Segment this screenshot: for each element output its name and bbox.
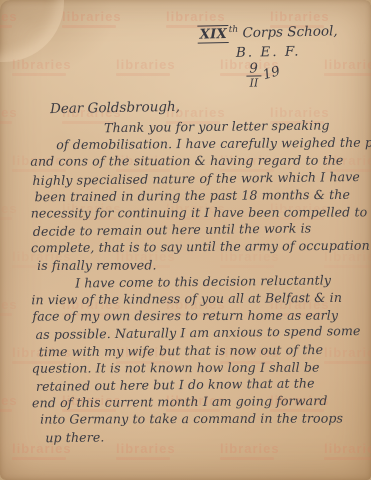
unit-number: XIX <box>197 25 229 44</box>
letter-line: been trained in during the past 18 month… <box>35 187 351 204</box>
letter-line: is finally removed. <box>37 257 157 272</box>
date-fraction: 9 II <box>246 62 261 89</box>
unit-name: Corps School, <box>238 23 338 41</box>
letter-line: and cons of the situation & having regar… <box>30 153 343 169</box>
letter-line: face of my own desires to return home as… <box>32 308 338 324</box>
scanned-letter-page: { "colors": { "paper": "#d8ba96", "ink":… <box>0 0 371 480</box>
date-day: 9 <box>246 62 261 76</box>
letter-line: Thank you for your letter speaking <box>104 117 330 135</box>
letter-line: into Germany to take a command in the tr… <box>40 411 343 427</box>
letter-line: time with my wife but that is now out of… <box>39 342 324 359</box>
letter-line: complete, that is to say until the army … <box>31 238 370 256</box>
unit-line: XIXth Corps School, <box>197 22 357 42</box>
letter-line: end of this current month I am going for… <box>32 393 328 410</box>
date-month: II <box>246 75 261 88</box>
letter-line: up there. <box>45 429 104 445</box>
org-line: B. E. F. <box>236 42 358 61</box>
unit-ordinal: th <box>229 25 239 35</box>
letter-header: XIXth Corps School, B. E. F. 9 II 19 <box>197 22 358 89</box>
date-line: 9 II 19 <box>246 60 359 89</box>
letter-line: necessity for continuing it I have been … <box>31 204 368 220</box>
letter-line: question. It is not known how long I sha… <box>32 359 320 375</box>
date-year: 19 <box>261 63 282 83</box>
salutation: Dear Goldsbrough, <box>50 99 180 117</box>
letter-line: in view of the kindness of you all at Be… <box>31 290 342 307</box>
letter-line: of demobilisation. I have carefully weig… <box>56 135 371 153</box>
letter-line: I have come to this decision reluctantly <box>75 272 331 290</box>
